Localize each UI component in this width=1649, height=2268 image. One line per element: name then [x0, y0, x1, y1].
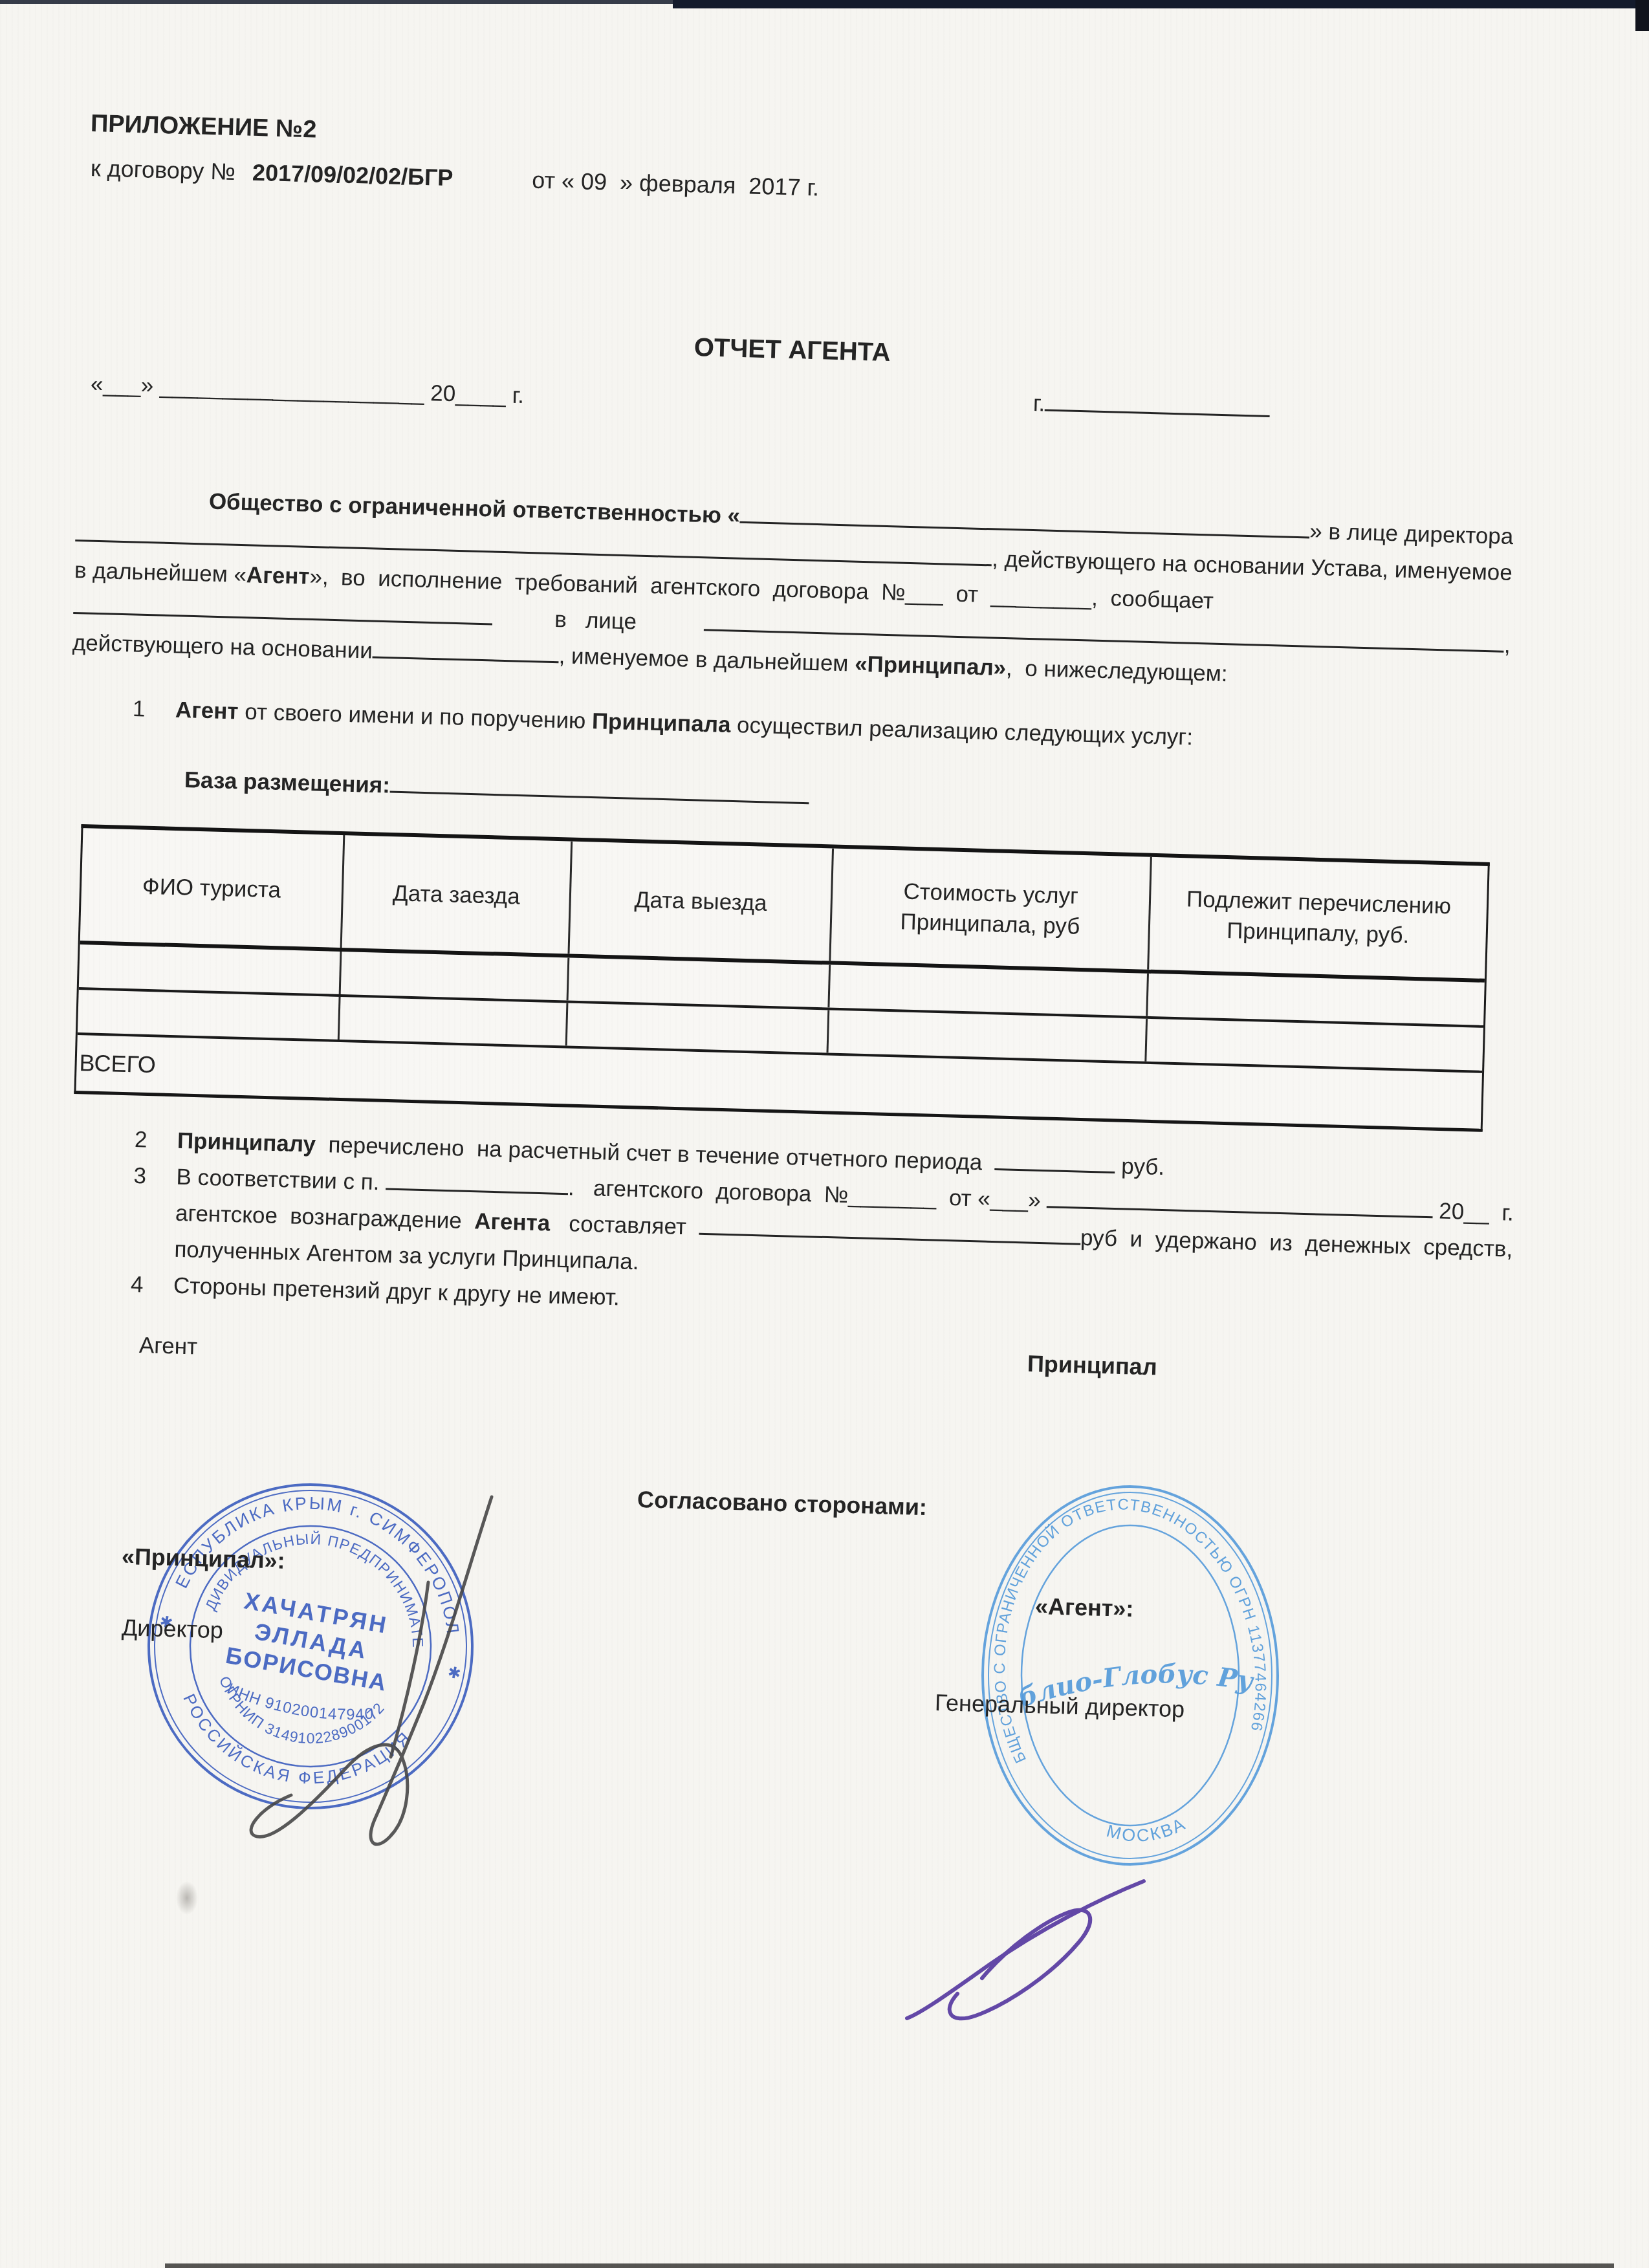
table-cell-empty [341, 952, 570, 1000]
appendix-title-text: ПРИЛОЖЕНИЕ №2 [90, 110, 317, 143]
city-blank-line [1045, 409, 1270, 417]
item-1-a: от своего имени и по поручению [238, 699, 592, 734]
principal-company-blank [73, 612, 492, 626]
item-1-text: Агент от своего имени и по поручению При… [175, 692, 1512, 765]
report-date-blank-text: «___» _____________________ 20____ г. [90, 371, 524, 408]
table-header-checkout-date: Дата выезда [569, 842, 834, 961]
contract-reference-line: к договору № 2017/09/02/02/БГР от « 09 »… [90, 150, 1514, 224]
table-cell-empty [569, 958, 831, 1008]
agent-signature [885, 1860, 1164, 2036]
services-table: ФИО туриста Дата заезда Дата выезда Стои… [74, 824, 1489, 1132]
intro-line-5b: , именуемое в дальнейшем [558, 638, 855, 682]
director-title-text: Директор [121, 1614, 223, 1643]
accommodation-base-label: База размещения: [184, 762, 390, 804]
scan-artifact-top-edge-dark [673, 0, 1649, 8]
item-4-number: 4 [130, 1267, 173, 1304]
item-1: 1 Агент от своего имени и по поручению П… [132, 691, 1512, 765]
city-blank: г. [1032, 386, 1271, 428]
item-3-c: 20__ г. [1432, 1193, 1514, 1231]
table-cell-empty [1148, 974, 1485, 1025]
item-2-principal: Принципалу [177, 1123, 316, 1163]
report-title-text: ОТЧЕТ АГЕНТА [693, 333, 891, 367]
intro-line-3a: в дальнейшем « [74, 552, 246, 593]
item-1-number: 1 [132, 691, 175, 728]
item-1-b: осуществил реализацию следующих услуг: [730, 712, 1194, 750]
table-cell-empty [79, 944, 342, 994]
item-3-e: составляет [549, 1205, 699, 1245]
scan-artifact-bottom-edge [165, 2263, 1614, 2268]
item-1-agent: Агент [175, 697, 239, 725]
basis-blank [372, 657, 558, 664]
agent-party-label-text: Агент [138, 1333, 197, 1359]
agent-quoted-text: «Агент»: [1034, 1593, 1133, 1622]
item-2-rub: руб. [1115, 1148, 1165, 1186]
agent-quoted-label: «Агент»: [1034, 1588, 1134, 1627]
director-title: Директор [121, 1609, 223, 1648]
city-prefix: г. [1032, 386, 1045, 422]
table-cell-empty [340, 997, 569, 1045]
agent-stamp: ОБЩЕСТВО С ОГРАНИЧЕННОЙ ОТВЕТСТВЕННОСТЬЮ… [977, 1480, 1283, 1871]
agent-term: Агент [246, 557, 310, 595]
table-cell-empty [829, 1010, 1148, 1061]
item-2-amount-blank [994, 1168, 1115, 1173]
general-director-title: Генеральный директор [934, 1685, 1185, 1727]
agreed-by-parties-label: Согласовано сторонами: [637, 1481, 927, 1525]
table-total-label: ВСЕГО [79, 1049, 156, 1078]
principal-signature [234, 1485, 527, 1914]
contract-number: 2017/09/02/02/БГР [252, 155, 453, 196]
table-cell-empty [829, 965, 1149, 1016]
scan-artifact-corner-mark [1635, 0, 1649, 31]
in-person-label: в лице [554, 602, 637, 640]
table-cell-empty [1146, 1019, 1483, 1071]
item-3-a: В соответствии с п. [176, 1159, 386, 1201]
agreed-by-parties-text: Согласовано сторонами: [637, 1486, 927, 1520]
contract-prefix: к договору № [90, 150, 236, 190]
intro-line-1-rest: » в лице директора [1309, 514, 1514, 555]
table-header-service-cost: Стоимость услуг Принципала, руб [831, 849, 1152, 970]
table-header-transfer-due: Подлежит перечислению Принципалу, руб. [1149, 857, 1488, 979]
table-header-tourist-name: ФИО туриста [80, 828, 345, 948]
intro-line-5a: действующего на основании [72, 625, 373, 670]
intro-line-5c: , о нижеследующем: [1005, 650, 1228, 692]
item-1-principal: Принципала [591, 708, 731, 737]
item-3-g: полученных Агентом за услуги Принципала. [174, 1237, 639, 1274]
item-3-number: 3 [133, 1158, 177, 1195]
report-date-blank: «___» _____________________ 20____ г. [90, 366, 525, 414]
general-director-title-text: Генеральный директор [934, 1689, 1185, 1722]
principal-party-label-text: Принципал [1027, 1350, 1157, 1380]
appendix-title: ПРИЛОЖЕНИЕ №2 [90, 107, 317, 146]
item-3-fee-blank [699, 1233, 1080, 1245]
item-3-clause-blank [386, 1188, 568, 1195]
agent-party-label: Агент [138, 1327, 198, 1365]
principal-party-label: Принципал [1027, 1346, 1157, 1385]
scan-artifact-smudge [176, 1881, 198, 1915]
table-header-checkin-date: Дата заезда [342, 835, 573, 954]
intro-line-4-comma: , [1503, 627, 1511, 664]
principal-term: «Принципал» [854, 646, 1006, 686]
table-cell-empty [567, 1003, 830, 1053]
intro-paragraph: Общество с ограниченной ответственностью… [72, 480, 1514, 700]
scanned-document-page: ПРИЛОЖЕНИЕ №2 к договору № 2017/09/02/02… [0, 0, 1649, 2268]
accommodation-base-line: База размещения: [184, 762, 809, 815]
item-3-date-blank [1047, 1206, 1432, 1218]
item-2-number: 2 [134, 1122, 177, 1159]
contract-date: от « 09 » февраля 2017 г. [532, 162, 820, 206]
item-3-agent: Агента [474, 1203, 551, 1241]
items-2-3-4: 2 Принципалу перечислено на расчетный сч… [130, 1122, 1515, 1340]
table-cell-empty [78, 990, 341, 1040]
accommodation-base-blank [390, 791, 809, 805]
